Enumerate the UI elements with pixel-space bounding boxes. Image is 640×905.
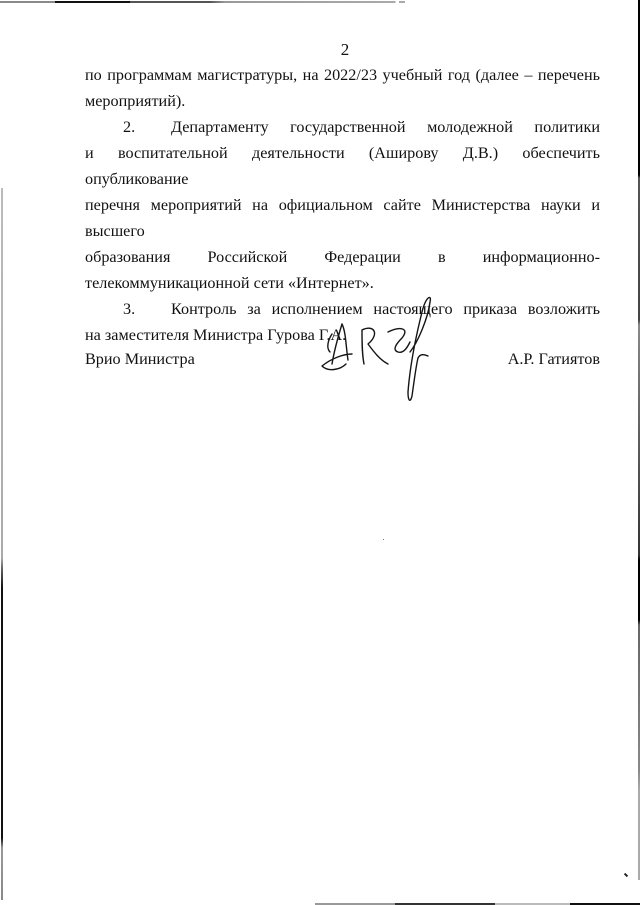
- scan-edge-top: [0, 1, 405, 3]
- scan-speck: [383, 539, 384, 540]
- text-line: и воспитательной деятельности (Аширову Д…: [85, 140, 600, 192]
- scan-edge-left: [1, 188, 3, 900]
- paragraph-continuation: по программам магистратуры, на 2022/23 у…: [85, 62, 600, 114]
- text-line: по программам магистратуры, на 2022/23 у…: [85, 62, 600, 88]
- paragraph-item-2: 2.Департаменту государственной молодежно…: [85, 114, 600, 296]
- scan-tick-mark: [624, 873, 628, 877]
- signatory-title: Врио Министра: [85, 350, 195, 369]
- page-number: 2: [0, 40, 640, 60]
- item-number: 3.: [123, 296, 171, 322]
- text-line: мероприятий).: [85, 88, 600, 114]
- text-line: образования Российской Федерации в инфор…: [85, 244, 600, 270]
- signature-block: Врио Министра А.Р. Гатиятов: [85, 350, 600, 374]
- text-fragment: Департаменту государственной молодежной …: [171, 118, 600, 136]
- item-number: 2.: [123, 114, 171, 140]
- text-line: перечня мероприятий на официальном сайте…: [85, 192, 600, 244]
- signatory-name: А.Р. Гатиятов: [508, 350, 600, 369]
- text-line: 2.Департаменту государственной молодежно…: [85, 114, 600, 140]
